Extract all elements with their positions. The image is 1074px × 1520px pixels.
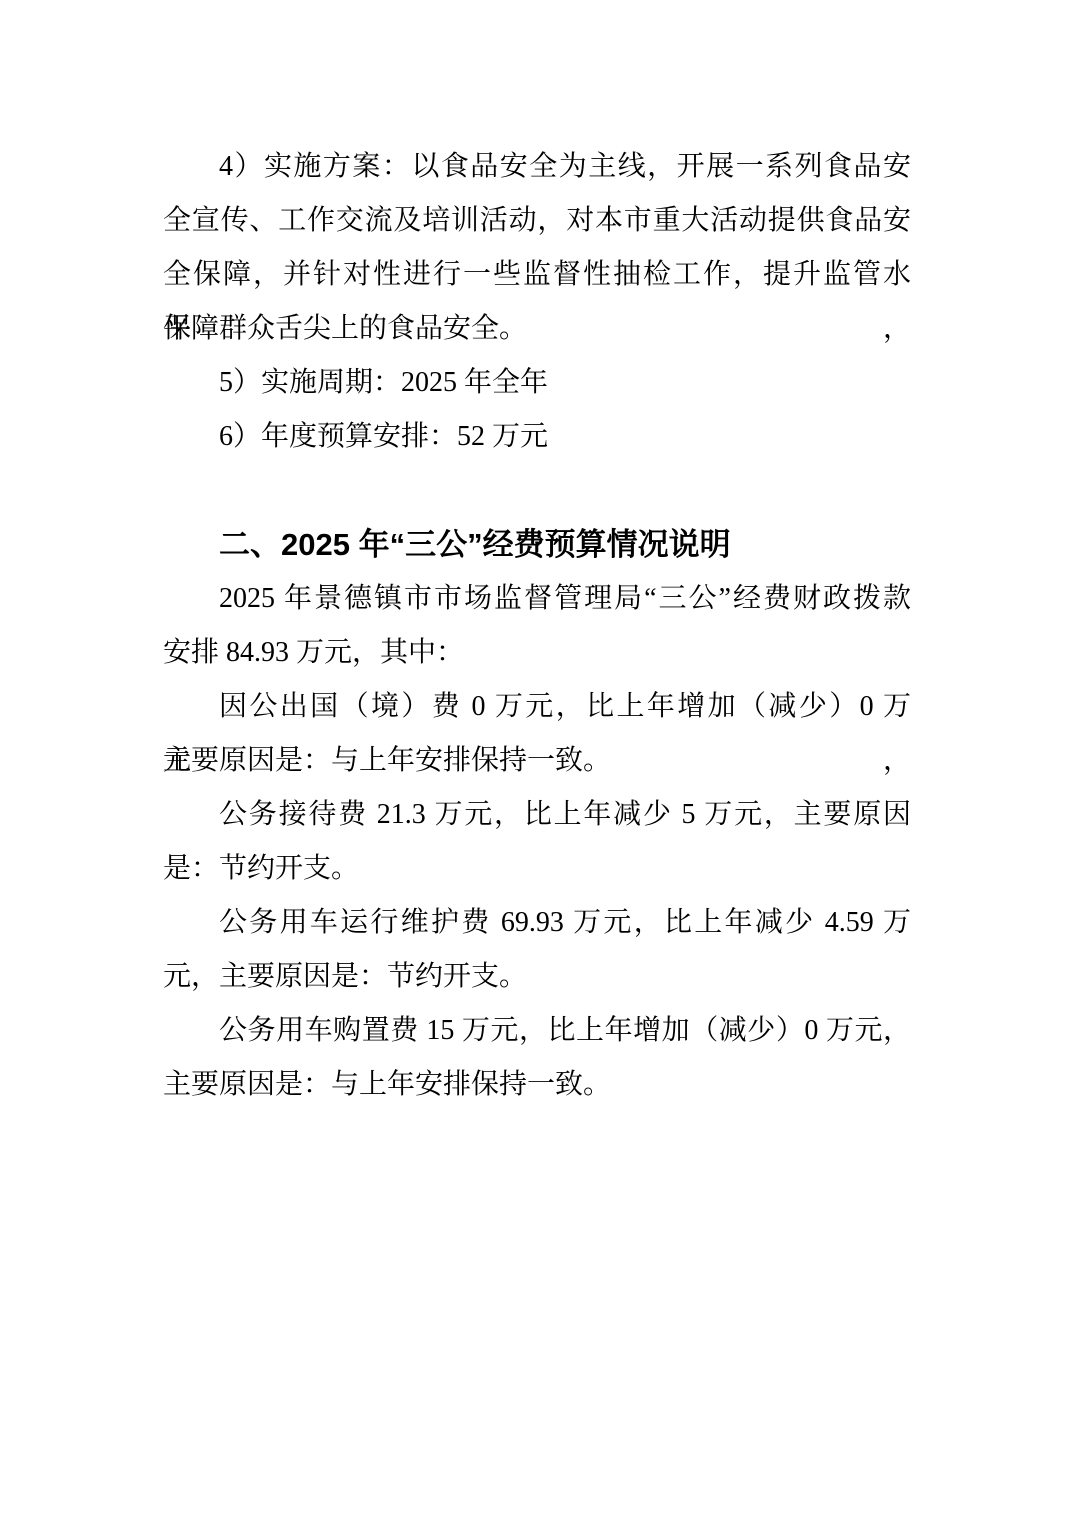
text-line: 全保障，并针对性进行一些监督性抽检工作，提升监管水平， [163, 248, 911, 302]
paragraph-official-reception-expense: 公务接待费 21.3 万元，比上年减少 5 万元，主要原因 是：节约开支。 [163, 788, 911, 896]
text-line: 公务接待费 21.3 万元，比上年减少 5 万元，主要原因 [163, 788, 911, 842]
text-line: 公务用车运行维护费 69.93 万元，比上年减少 4.59 万 [163, 896, 911, 950]
text-line: 6）年度预算安排：52 万元 [163, 410, 911, 464]
paragraph-implementation-plan: 4）实施方案：以食品安全为主线，开展一系列食品安 全宣传、工作交流及培训活动，对… [163, 140, 911, 356]
text-line: 5）实施周期：2025 年全年 [163, 356, 911, 410]
text-line: 安排 84.93 万元，其中： [163, 626, 911, 680]
section-heading-text: 二、2025 年“三公”经费预算情况说明 [163, 518, 911, 572]
paragraph-annual-budget: 6）年度预算安排：52 万元 [163, 410, 911, 464]
text-line: 公务用车购置费 15 万元，比上年增加（减少）0 万元， [163, 1004, 911, 1058]
text-line: 元，主要原因是：节约开支。 [163, 950, 911, 1004]
text-line: 因公出国（境）费 0 万元，比上年增加（减少）0 万元， [163, 680, 911, 734]
paragraph-implementation-period: 5）实施周期：2025 年全年 [163, 356, 911, 410]
text-line: 2025 年景德镇市市场监督管理局“三公”经费财政拨款 [163, 572, 911, 626]
document-page: 4）实施方案：以食品安全为主线，开展一系列食品安 全宣传、工作交流及培训活动，对… [0, 0, 1074, 1520]
text-line: 主要原因是：与上年安排保持一致。 [163, 1058, 911, 1112]
paragraph-three-public-funds-total: 2025 年景德镇市市场监督管理局“三公”经费财政拨款 安排 84.93 万元，… [163, 572, 911, 680]
document-body: 4）实施方案：以食品安全为主线，开展一系列食品安 全宣传、工作交流及培训活动，对… [163, 140, 911, 1112]
text-line: 4）实施方案：以食品安全为主线，开展一系列食品安 [163, 140, 911, 194]
text-line: 全宣传、工作交流及培训活动，对本市重大活动提供食品安 [163, 194, 911, 248]
paragraph-vehicle-operation-maintenance-expense: 公务用车运行维护费 69.93 万元，比上年减少 4.59 万 元，主要原因是：… [163, 896, 911, 1004]
paragraph-vehicle-purchase-expense: 公务用车购置费 15 万元，比上年增加（减少）0 万元， 主要原因是：与上年安排… [163, 1004, 911, 1112]
blank-line [163, 464, 911, 518]
text-line: 是：节约开支。 [163, 842, 911, 896]
paragraph-overseas-travel-expense: 因公出国（境）费 0 万元，比上年增加（减少）0 万元， 主要原因是：与上年安排… [163, 680, 911, 788]
section-heading: 二、2025 年“三公”经费预算情况说明 [163, 518, 911, 572]
